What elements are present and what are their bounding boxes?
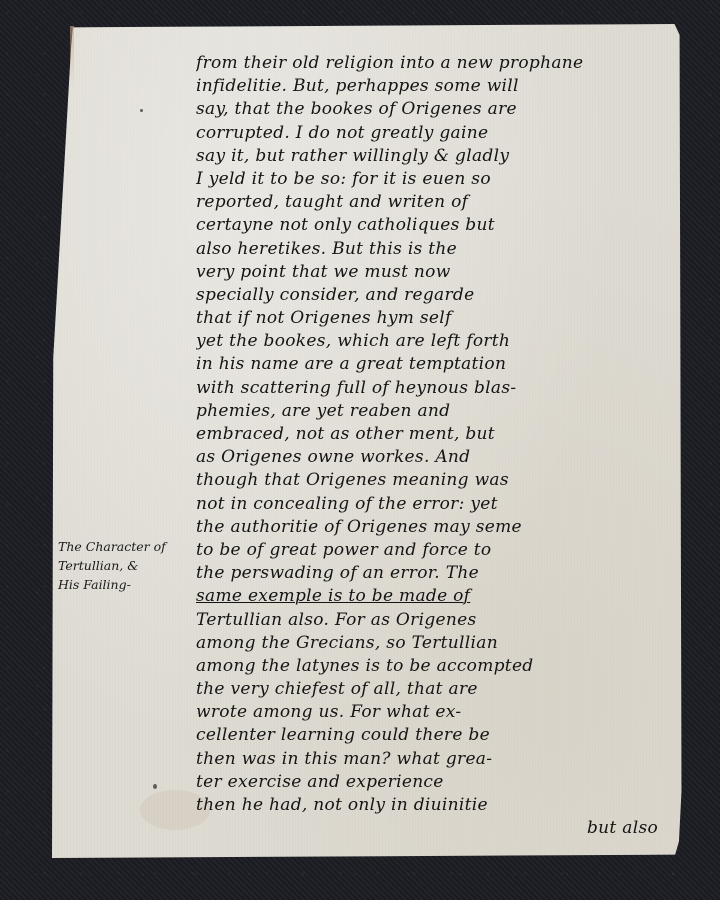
- text-line: then he had, not only in diuinitie: [196, 794, 666, 817]
- main-text-block: from their old religion into a new proph…: [196, 52, 666, 840]
- text-line: among the Grecians, so Tertullian: [196, 632, 666, 655]
- text-line: the very chiefest of all, that are: [196, 678, 666, 701]
- text-line: among the latynes is to be accompted: [196, 655, 666, 678]
- catchword-line: but also: [196, 817, 666, 840]
- text-line-underlined: same exemple is to be made of: [196, 585, 666, 608]
- text-line: then was in this man? what grea-: [196, 748, 666, 771]
- text-line: I yeld it to be so: for it is euen so: [196, 168, 666, 191]
- text-line: from their old religion into a new proph…: [196, 52, 666, 75]
- margin-note-line: Tertullian, &: [58, 556, 194, 575]
- text-line: that if not Origenes hym self: [196, 307, 666, 330]
- text-line: ter exercise and experience: [196, 771, 666, 794]
- text-line: say it, but rather willingly & gladly: [196, 145, 666, 168]
- text-line: as Origenes owne workes. And: [196, 446, 666, 469]
- text-line: the authoritie of Origenes may seme: [196, 516, 666, 539]
- paper-stain-edge: [70, 26, 74, 86]
- text-line: say, that the bookes of Origenes are: [196, 98, 666, 121]
- ink-speck: [153, 784, 157, 789]
- text-line: embraced, not as other ment, but: [196, 423, 666, 446]
- text-line: very point that we must now: [196, 261, 666, 284]
- text-line: certayne not only catholiques but: [196, 214, 666, 237]
- text-line: also heretikes. But this is the: [196, 238, 666, 261]
- text-line: though that Origenes meaning was: [196, 469, 666, 492]
- text-line: specially consider, and regarde: [196, 284, 666, 307]
- text-line: not in concealing of the error: yet: [196, 493, 666, 516]
- text-line: reported, taught and writen of: [196, 191, 666, 214]
- text-line: phemies, are yet reaben and: [196, 400, 666, 423]
- margin-note-line: The Character of: [58, 537, 194, 556]
- margin-annotation: The Character of Tertullian, & His Faili…: [58, 537, 194, 594]
- text-line: yet the bookes, which are left forth: [196, 330, 666, 353]
- text-line: the perswading of an error. The: [196, 562, 666, 585]
- text-line: in his name are a great temptation: [196, 353, 666, 376]
- text-line: corrupted. I do not greatly gaine: [196, 122, 666, 145]
- margin-note-line: His Failing-: [58, 575, 194, 594]
- text-line: cellenter learning could there be: [196, 724, 666, 747]
- ink-speck: [140, 109, 143, 112]
- text-line: to be of great power and force to: [196, 539, 666, 562]
- text-line: Tertullian also. For as Origenes: [196, 609, 666, 632]
- text-line: with scattering full of heynous blas-: [196, 377, 666, 400]
- text-line: wrote among us. For what ex-: [196, 701, 666, 724]
- text-line: infidelitie. But, perhappes some will: [196, 75, 666, 98]
